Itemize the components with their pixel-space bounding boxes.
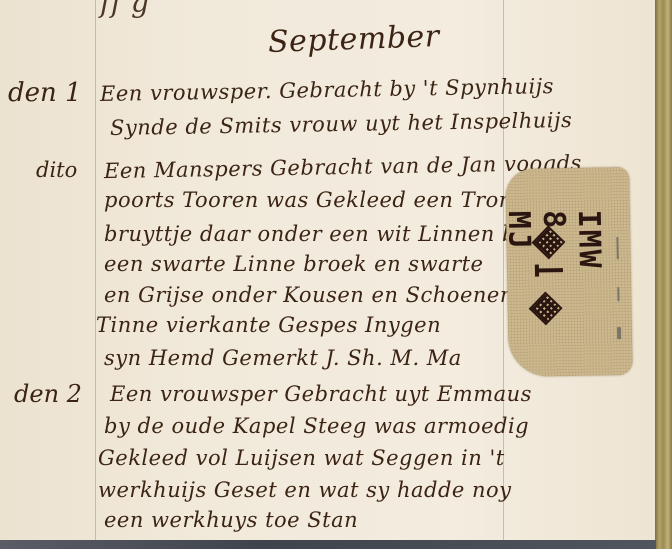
entry-line: Een vrouwsper Gebracht uyt Emmaus (110, 382, 532, 406)
book-spine-edge (655, 0, 672, 549)
ruled-margin-line-left (95, 0, 96, 540)
top-cut-off-text: ſſ g (100, 0, 150, 19)
manuscript-page: ſſ g September den 1 Een vrouwsper. Gebr… (0, 0, 656, 540)
entry-line: en Grijse onder Kousen en Schoenen (104, 283, 514, 307)
embroidered-letters: IMW 8 MJ (501, 209, 607, 271)
entry-line: syn Hemd Gemerkt J. Sh. M. Ma (104, 346, 462, 370)
entry-date-label: dito (36, 158, 77, 182)
diamond-motif-icon (529, 291, 563, 325)
entry-line: poorts Tooren was Gekleed een Trom (104, 188, 519, 212)
entry-date-label: den 2 (14, 380, 82, 408)
entry-line: werkhuijs Geset en wat sy hadde noy (98, 478, 512, 502)
entry-line: een swarte Linne broek en swarte (104, 252, 483, 276)
entry-line: Tinne vierkante Gespes Inygen (96, 313, 441, 337)
textile-sample-swatch: IMW 8 MJ (505, 167, 633, 377)
entry-line: Gekleed vol Luijsen wat Seggen in 't (98, 446, 505, 470)
entry-line: Een vrouwsper. Gebracht by 't Spynhuijs (100, 74, 554, 106)
month-heading: September (267, 19, 440, 60)
entry-line: bruyttje daar onder een wit Linnen b (104, 222, 516, 246)
pin-icon (617, 287, 619, 301)
pin-icon (617, 327, 621, 339)
entry-line: Een Manspers Gebracht van de Jan voogds (104, 151, 582, 183)
pin-icon (616, 237, 618, 259)
entry-line: een werkhuys toe Stan (104, 508, 358, 532)
scan-bottom-edge (0, 540, 656, 549)
entry-line: by de oude Kapel Steeg was armoedig (104, 414, 529, 438)
entry-date-label: den 1 (8, 78, 82, 108)
